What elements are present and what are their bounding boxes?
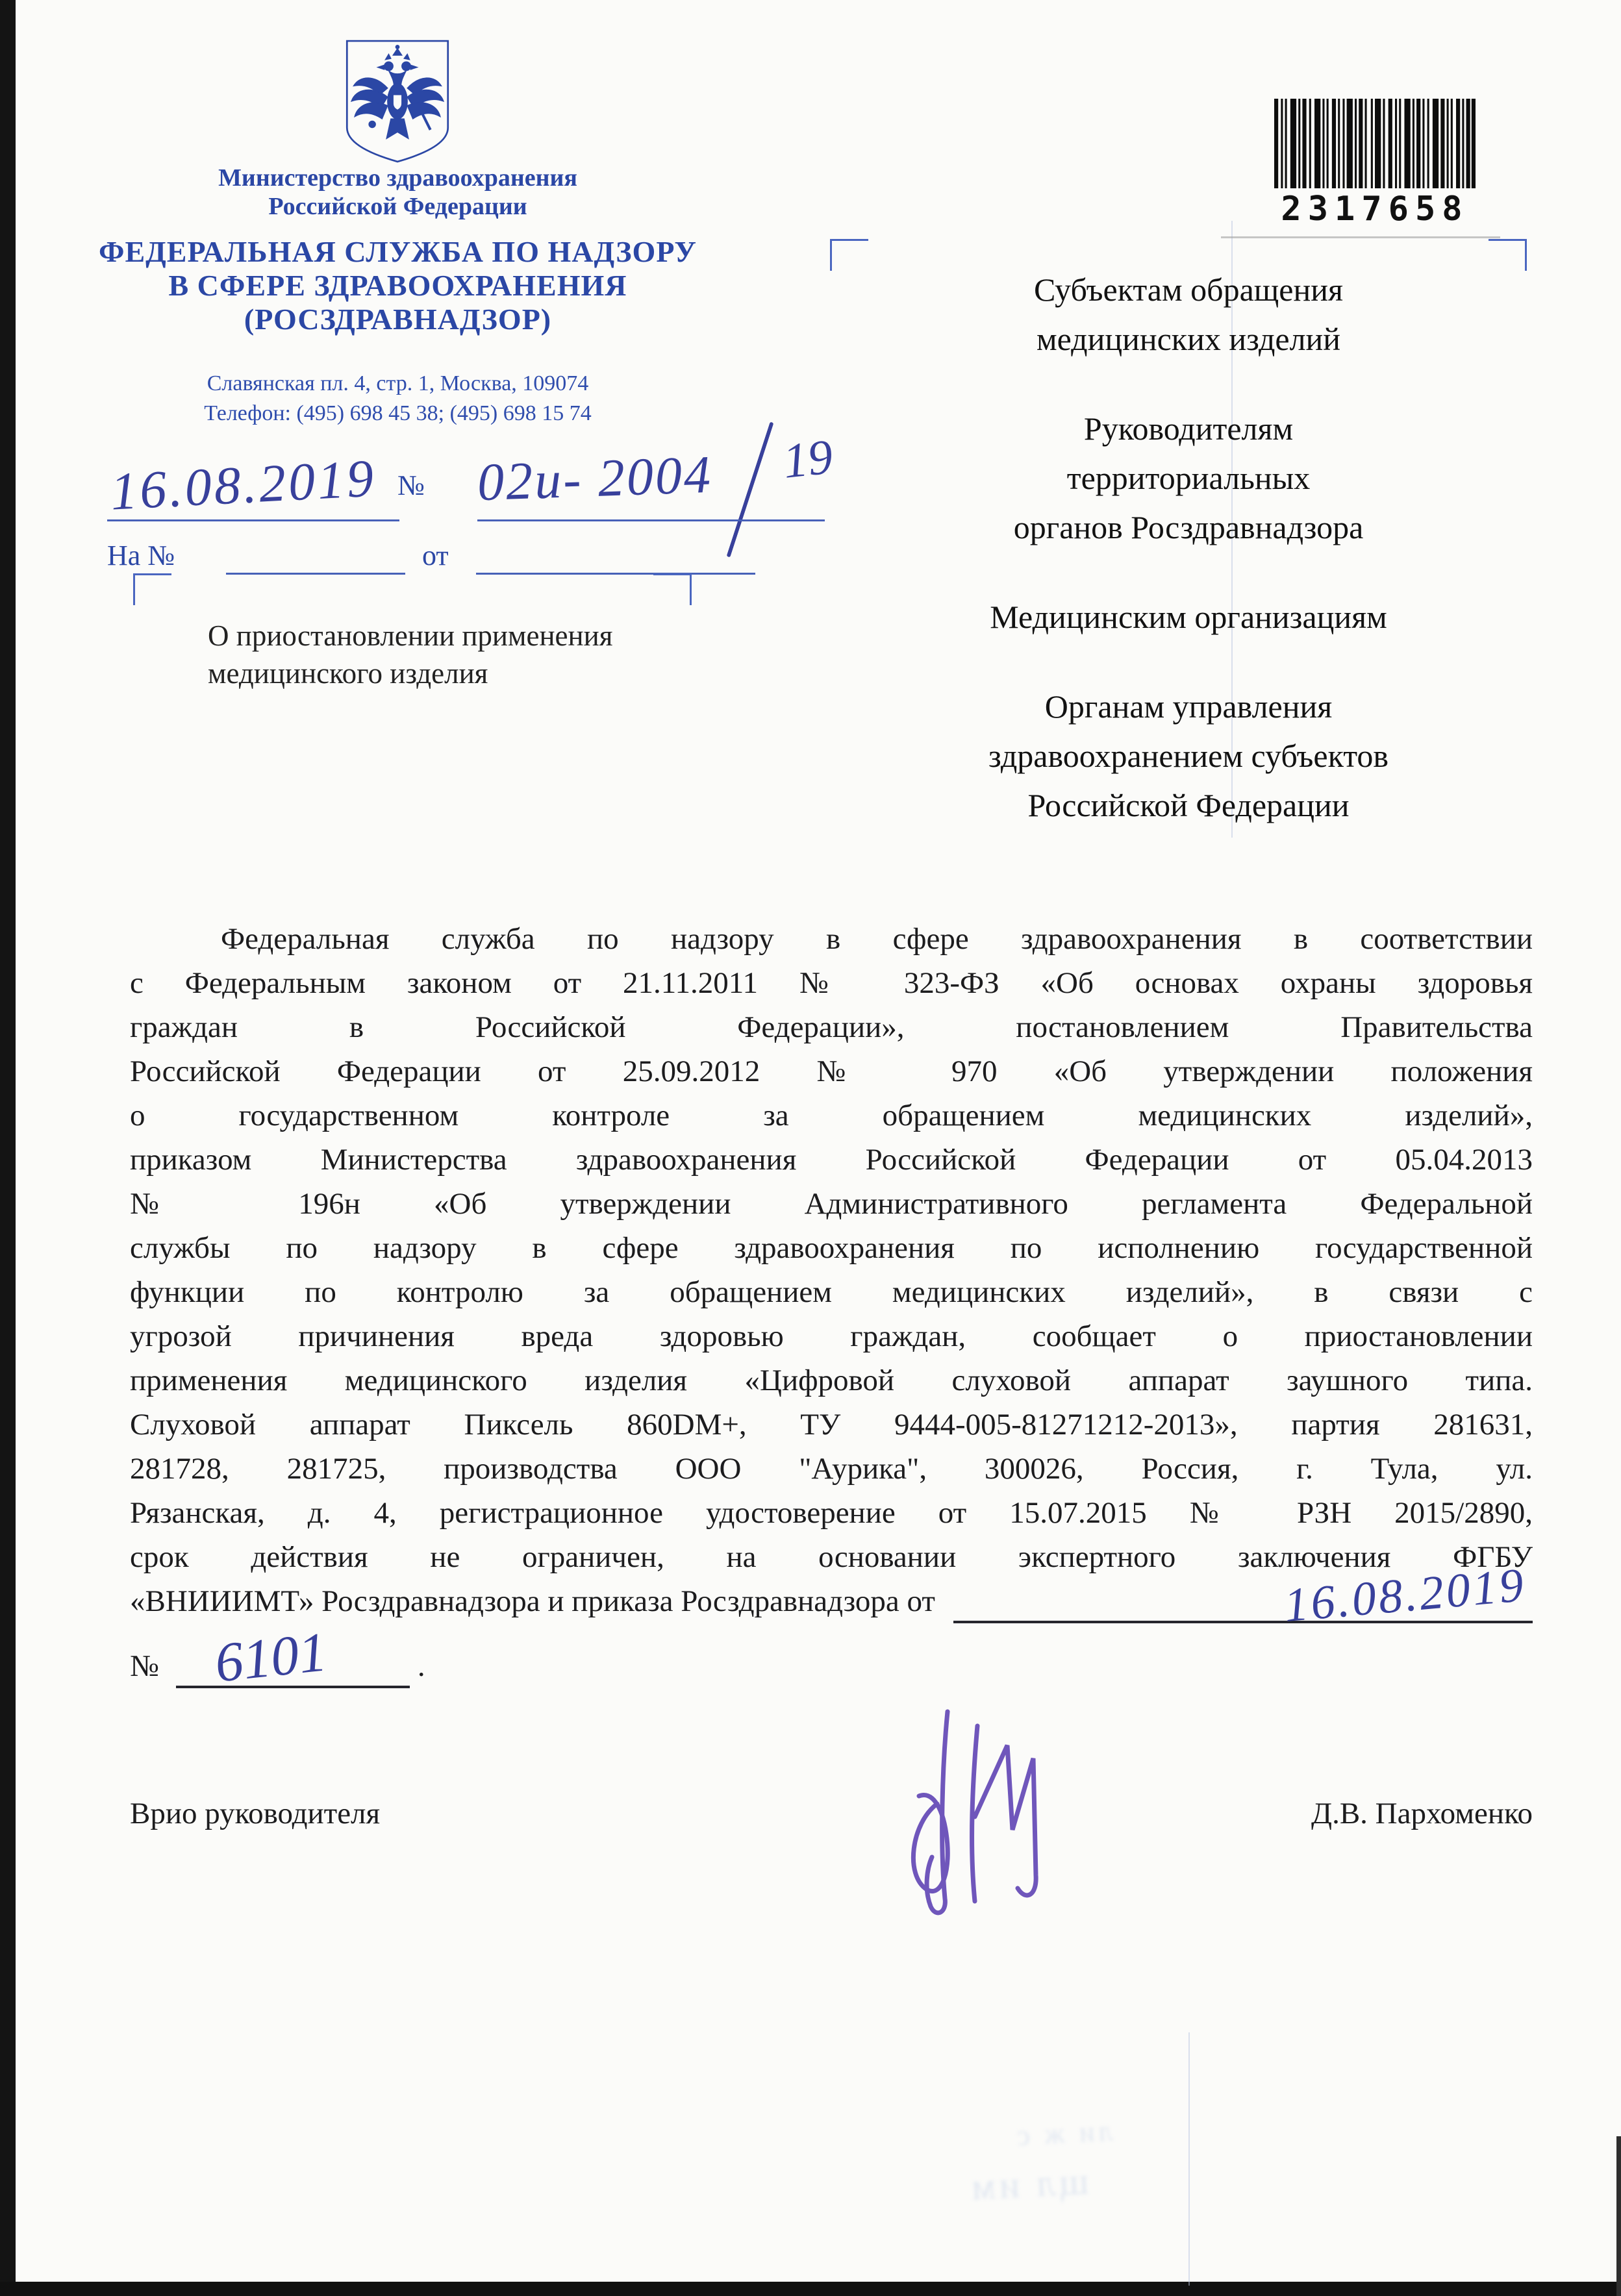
reply-from-label: от <box>422 539 449 572</box>
order-number-label: № <box>130 1644 159 1688</box>
handwritten-slash-stroke <box>726 421 773 557</box>
barcode-number: 2317658 <box>1270 190 1479 229</box>
signer-name: Д.В. Пархоменко <box>1227 1796 1533 1831</box>
signer-position: Врио руководителя <box>130 1796 380 1831</box>
recipient-group: Органам управленияздравоохранением субъе… <box>851 682 1526 830</box>
number-underline <box>477 519 825 521</box>
number-label: № <box>397 469 425 502</box>
barcode-icon <box>1274 99 1476 188</box>
body-text-line: 281728, 281725, производства ООО "Аурика… <box>130 1447 1533 1491</box>
subject-corner-mark-left <box>133 573 171 605</box>
document-page: ли ж с щл им Министерство здравоохранени… <box>0 0 1621 2296</box>
body-text-line: с Федеральным законом от 21.11.2011 № 32… <box>130 961 1533 1005</box>
date-underline <box>107 519 399 521</box>
ministry-name-line2: Российской Федерации <box>97 192 698 221</box>
body-text-line: службы по надзору в сфере здравоохранени… <box>130 1226 1533 1270</box>
letterhead-address: Славянская пл. 4, стр. 1, Москва, 109074 <box>97 371 698 396</box>
body-line-16: «ВНИИИМТ» Росздравнадзора и приказа Росз… <box>130 1579 1533 1623</box>
recipient-line: территориальных <box>851 453 1526 503</box>
body-text-line: срок действия не ограничен, на основании… <box>130 1535 1533 1579</box>
recipient-line: Медицинским организациям <box>851 592 1526 642</box>
body-line16-text: «ВНИИИМТ» Росздравнадзора и приказа Росз… <box>130 1579 935 1623</box>
handwritten-date: 16.08.2019 <box>109 447 377 522</box>
bleed-through-mark: щл им <box>966 2159 1089 2209</box>
recipient-group: Медицинским организациям <box>851 592 1526 642</box>
recipient-line: здравоохранением субъектов <box>851 731 1526 780</box>
scan-edge-left <box>0 0 16 2296</box>
signature-stroke <box>880 1706 1075 1927</box>
body-text-line: функции по контролю за обращением медици… <box>130 1270 1533 1314</box>
recipients-block: Субъектам обращениямедицинских изделийРу… <box>851 265 1526 870</box>
body-text-line: Федеральная служба по надзору в сфере зд… <box>130 917 1533 961</box>
body-text-line: граждан в Российской Федерации», постано… <box>130 1005 1533 1049</box>
reply-number-label: На № <box>107 539 175 572</box>
scan-artifact-line <box>1221 236 1500 238</box>
recipient-line: Российской Федерации <box>851 780 1526 830</box>
recipient-line: органов Росздравнадзора <box>851 503 1526 552</box>
reply-date-blank-line <box>476 573 755 575</box>
fold-line <box>1188 2032 1190 2286</box>
subject-corner-mark-right <box>653 573 692 605</box>
order-date-blank-line: 16.08.2019 <box>953 1577 1533 1623</box>
reply-number-blank-line <box>226 573 405 575</box>
bleed-through-mark: ли ж с <box>1012 2114 1114 2152</box>
handwritten-number: 02и- 2004 <box>476 444 713 514</box>
handwritten-order-number: 6101 <box>212 1619 330 1695</box>
body-text-line: угрозой причинения вреда здоровью гражда… <box>130 1314 1533 1358</box>
body-text-line: Российской Федерации от 25.09.2012 № 970… <box>130 1049 1533 1093</box>
body-text-line: о государственном контроле за обращением… <box>130 1093 1533 1138</box>
recipient-group: Субъектам обращениямедицинских изделий <box>851 265 1526 364</box>
subject-line1: О приостановлении применения <box>208 617 612 655</box>
body-text-line: применения медицинского изделия «Цифрово… <box>130 1358 1533 1403</box>
sentence-period: . <box>418 1644 425 1688</box>
ministry-name-line1: Министерство здравоохранения <box>97 164 698 192</box>
body-text-line: Рязанская, д. 4, регистрационное удостов… <box>130 1491 1533 1535</box>
service-name-line1: ФЕДЕРАЛЬНАЯ СЛУЖБА ПО НАДЗОРУ <box>97 235 698 269</box>
handwritten-number-suffix: 19 <box>781 429 836 490</box>
scan-edge-right <box>1616 2136 1621 2296</box>
body-text-line: приказом Министерства здравоохранения Ро… <box>130 1138 1533 1182</box>
service-name-line2: В СФЕРЕ ЗДРАВООХРАНЕНИЯ <box>97 269 698 303</box>
body-text-line: № 196н «Об утверждении Административного… <box>130 1182 1533 1226</box>
subject-line2: медицинского изделия <box>208 655 612 692</box>
body-line-17: № 6101 . <box>130 1623 1533 1688</box>
coat-of-arms-emblem <box>342 38 453 165</box>
recipient-group: Руководителямтерриториальныхорганов Росз… <box>851 404 1526 552</box>
subject-block: О приостановлении применения медицинског… <box>208 617 612 692</box>
letterhead-phone: Телефон: (495) 698 45 38; (495) 698 15 7… <box>97 401 698 426</box>
order-number-blank-line: 6101 <box>176 1641 410 1688</box>
recipient-line: Органам управления <box>851 682 1526 731</box>
service-name-line3: (РОСЗДРАВНАДЗОР) <box>97 303 698 336</box>
recipient-line: Руководителям <box>851 404 1526 453</box>
body-text-line: Слуховой аппарат Пиксель 860DM+, ТУ 9444… <box>130 1403 1533 1447</box>
recipient-line: медицинских изделий <box>851 314 1526 364</box>
scan-edge-bottom <box>0 2282 1621 2296</box>
recipient-line: Субъектам обращения <box>851 265 1526 314</box>
body-paragraph: Федеральная служба по надзору в сфере зд… <box>130 917 1533 1579</box>
